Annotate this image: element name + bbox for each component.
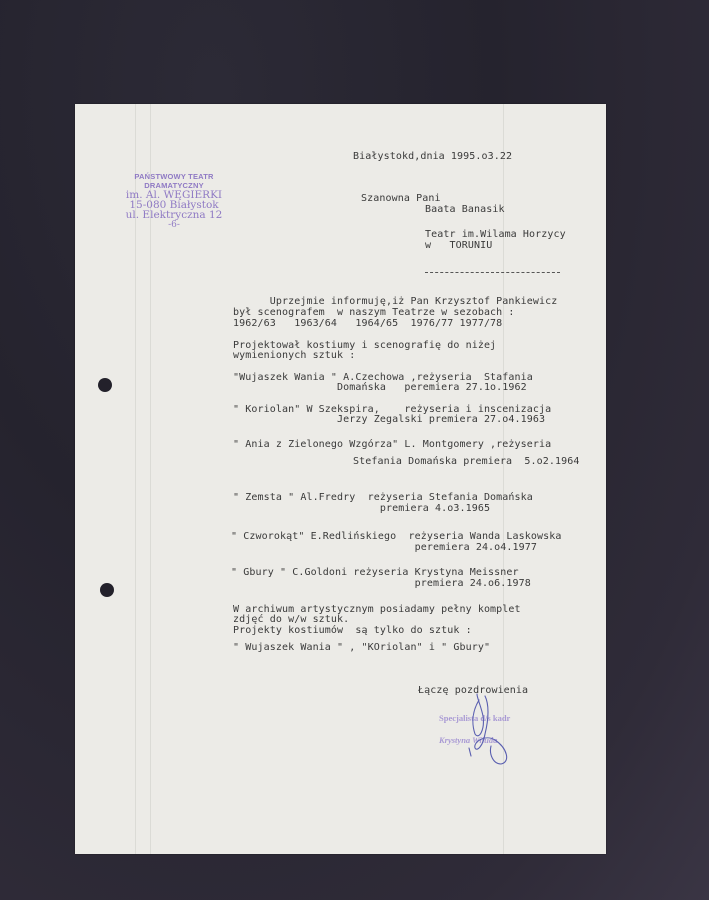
play-2-line-2: Jerzy Zegalski premiera 27.o4.1963	[233, 414, 545, 425]
handwritten-signature	[455, 690, 525, 770]
punch-hole	[98, 378, 112, 392]
salutation: Szanowna Pani	[361, 193, 441, 204]
stamp-theatre-name: PAŃSTWOWY TEATR DRAMATYCZNY	[104, 172, 244, 190]
archive-line-4: " Wujaszek Wania " , "KOriolan" i " Gbur…	[233, 642, 490, 653]
play-5-line-2: peremiera 24.o4.1977	[231, 542, 537, 553]
address-underline	[425, 272, 560, 273]
play-4-line-1: " Zemsta " Al.Fredry reżyseria Stefania …	[233, 492, 533, 503]
addressee-name: Baata Banasik	[425, 204, 505, 215]
play-1-line-2: Domańska peremiera 27.1o.1962	[233, 382, 527, 393]
intro-line-1: Uprzejmie informuję,iż Pan Krzysztof Pan…	[233, 296, 557, 307]
addressee-city: w TORUNIU	[425, 240, 492, 251]
play-3-line-1: " Ania z Zielonego Wzgórza" L. Montgomer…	[233, 439, 551, 450]
stamp-number: -6-	[104, 220, 244, 230]
archive-line-3: Projekty kostiumów są tylko do sztuk :	[233, 625, 472, 636]
addressee-institution: Teatr im.Wilama Horzycy	[425, 229, 566, 240]
projects-intro-2: wymienionych sztuk :	[233, 350, 355, 361]
punch-hole	[100, 583, 114, 597]
letterhead-stamp: PAŃSTWOWY TEATR DRAMATYCZNY im. Al. WĘGI…	[104, 172, 244, 230]
intro-seasons: 1962/63 1963/64 1964/65 1976/77 1977/78	[233, 318, 502, 329]
play-6-line-2: premiera 24.o6.1978	[231, 578, 531, 589]
intro-line-2: był scenografem w naszym Teatrze w sezob…	[233, 307, 515, 318]
stamp-street: ul. Elektryczna 12	[104, 210, 244, 220]
play-4-line-2: premiera 4.o3.1965	[233, 503, 490, 514]
play-3-line-2: Stefania Domańska premiera 5.o2.1964	[249, 456, 580, 467]
play-6-line-1: " Gbury " C.Goldoni reżyseria Krystyna M…	[231, 567, 519, 578]
date-line: Białystokd,dnia 1995.o3.22	[353, 151, 512, 162]
play-5-line-1: " Czworokąt" E.Redlińskiego reżyseria Wa…	[231, 531, 562, 542]
archive-line-2: zdjęć do w/w sztuk.	[233, 614, 349, 625]
